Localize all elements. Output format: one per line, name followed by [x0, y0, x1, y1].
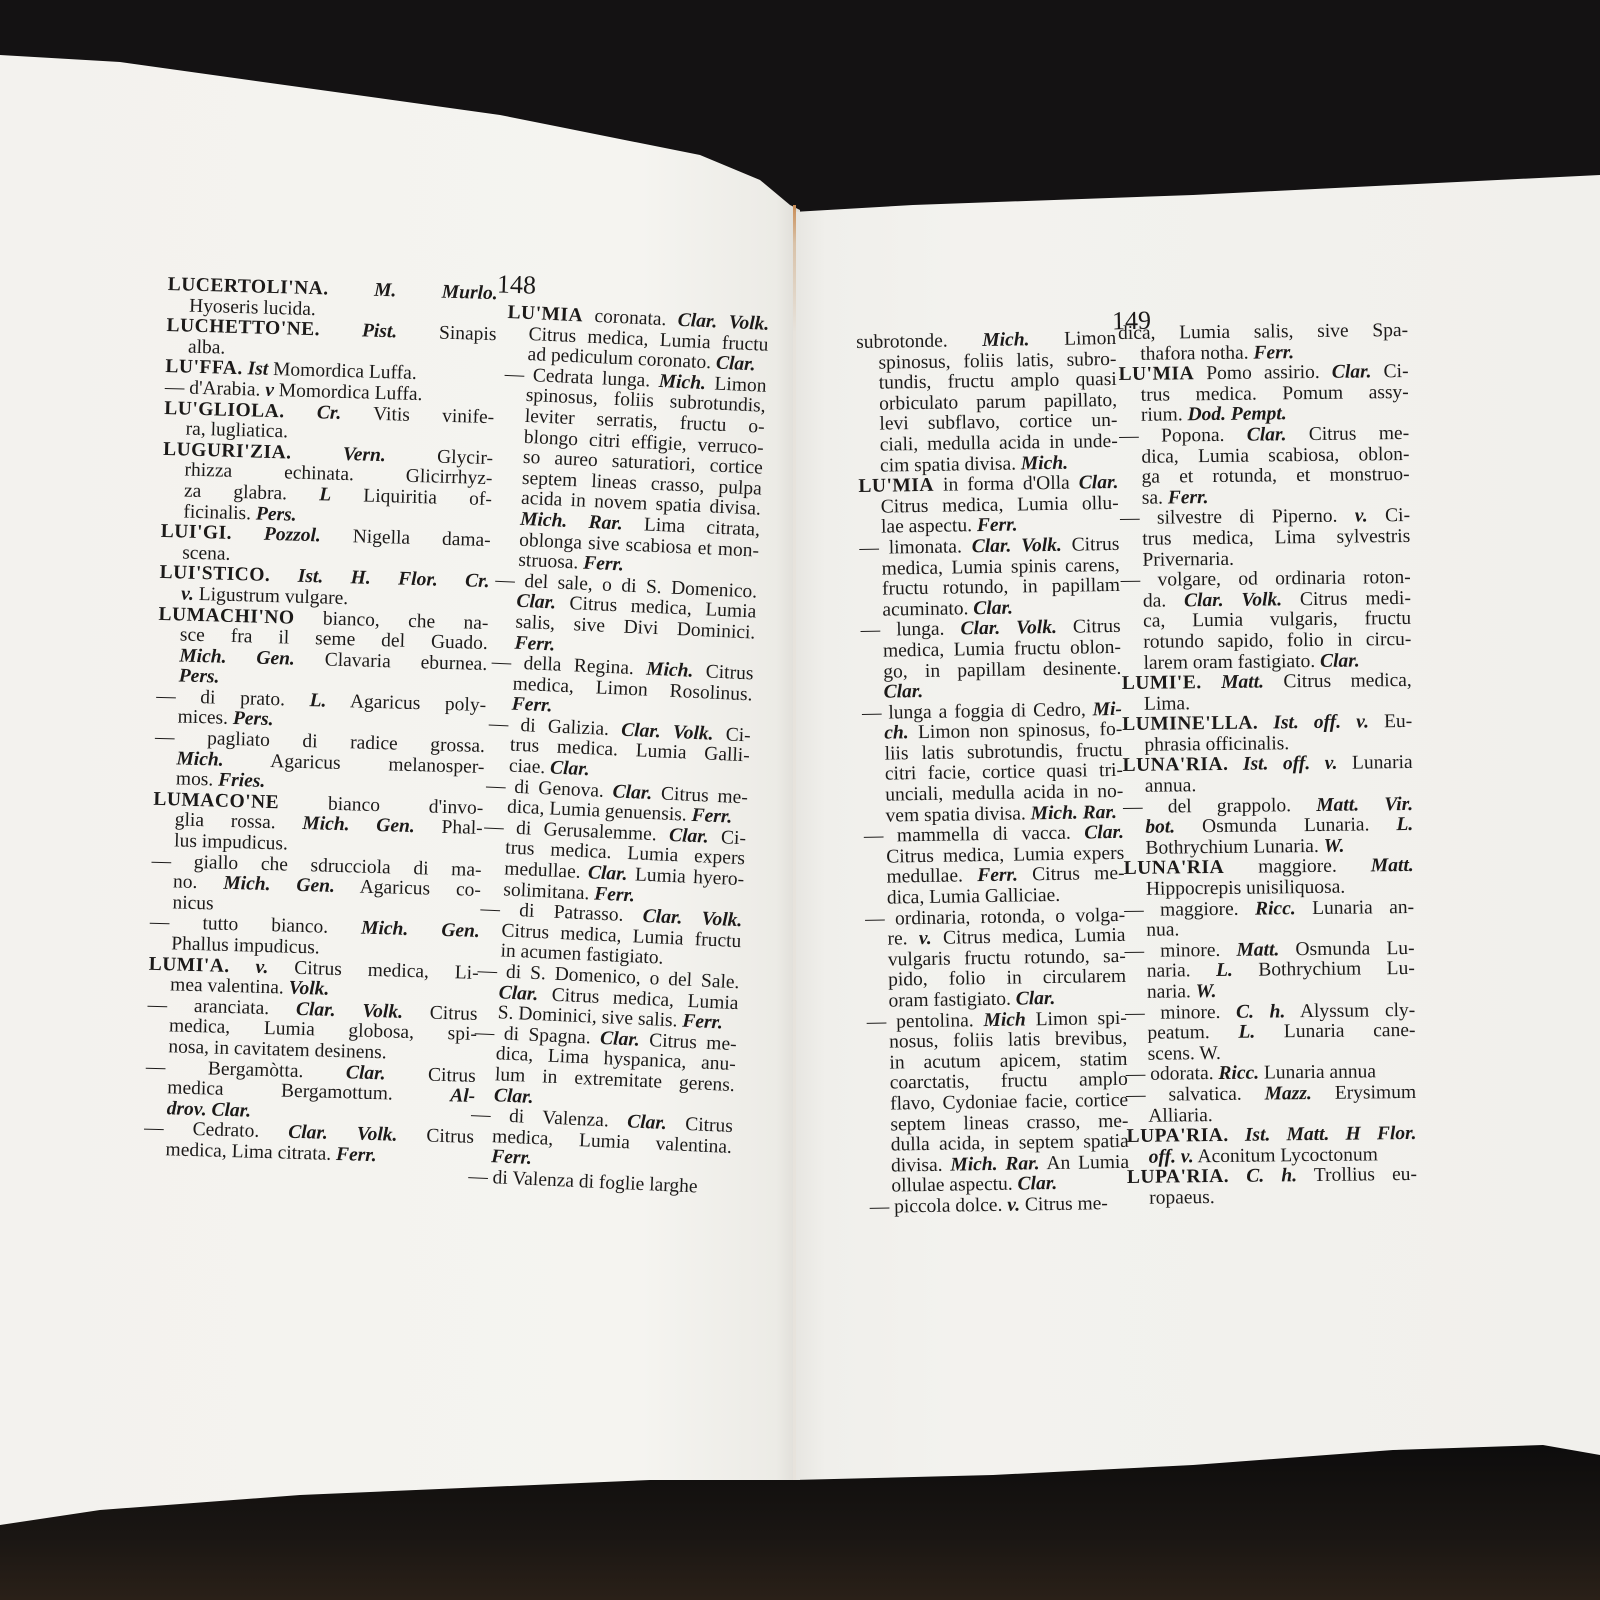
dictionary-entry: LUPA'RIA. Ist. Matt. H Flor.off. v. Acon…	[1126, 1124, 1416, 1168]
book-gutter	[793, 205, 796, 1480]
entry-continuation-line: trus medica. Pomum assy-	[1119, 383, 1409, 407]
dictionary-entry: — maggiore. Ricc. Lunaria an-nua.	[1124, 898, 1414, 942]
dictionary-entry: LUGURI'ZIA. Vern. Glycir-rhizza echinata…	[161, 440, 493, 532]
entry-first-line: LUMINE'LLA. Ist. off. v. Eu-	[1122, 712, 1412, 736]
dictionary-entry: — piccola dolce. v. Citrus me-	[870, 1194, 1130, 1219]
entry-continuation-line: naria. L. Bothrychium Lu-	[1125, 959, 1415, 983]
page-number-left: 148	[496, 269, 536, 300]
dictionary-entry: LUNA'RIA. Ist. off. v. Lunariaannua.	[1123, 753, 1413, 797]
dictionary-entry: — di Gerusalemme. Clar. Ci-trus medica. …	[481, 817, 746, 911]
dictionary-entry: LU'MIA in forma d'Olla Clar.Citrus medic…	[858, 473, 1119, 539]
dictionary-entry: — silvestre di Piperno. v. Ci-trus medic…	[1120, 506, 1411, 571]
dictionary-entry: — lunga. Clar. Volk. Citrusmedica, Lumia…	[861, 617, 1122, 703]
entry-continuation-line: ropaeus.	[1127, 1186, 1417, 1210]
dictionary-entry: — lunga a foggia di Cedro, Mi-ch. Limon …	[862, 700, 1124, 828]
dictionary-entry: — ordinaria, rotonda, o volga-re. v. Cit…	[865, 905, 1127, 1012]
dictionary-entry: — pagliato di radice grossa.Mich. Agaric…	[154, 728, 486, 799]
dictionary-entry: subrotonde. Mich. Limonspinosus, foliis …	[856, 329, 1118, 477]
entry-continuation-line: ciali, medulla acida in unde-	[858, 432, 1118, 457]
dictionary-entry: LUMACO'NE bianco d'invo-glia rossa. Mich…	[152, 790, 484, 861]
entry-first-line: LUNA'RIA maggiore. Matt.	[1124, 856, 1414, 880]
right-page-column-2: dica, Lumia salis, sive Spa-thafora noth…	[1118, 321, 1417, 1210]
dictionary-entry: — limonata. Clar. Volk. Citrusmedica, Lu…	[859, 535, 1120, 621]
dictionary-entry: — volgare, od ordinaria roton-da. Clar. …	[1121, 568, 1412, 674]
dictionary-entry: — giallo che sdrucciola di ma-no. Mich. …	[150, 851, 482, 922]
dictionary-entry: LUPA'RIA. C. h. Trollius eu-ropaeus.	[1127, 1165, 1417, 1209]
dictionary-entry: LU'MIA Pomo assirio. Clar. Ci-trus medic…	[1118, 362, 1409, 427]
entry-continuation-line: bot. Osmunda Lunaria. L.	[1123, 815, 1413, 839]
entry-continuation-line: go, in papillam desinente.	[861, 658, 1121, 683]
dictionary-entry: — minore. Matt. Osmunda Lu-naria. L. Bot…	[1124, 939, 1415, 1004]
right-page-column-1: subrotonde. Mich. Limonspinosus, foliis …	[856, 329, 1130, 1219]
left-page-column-2: LU'MIA coronata. Clar. Volk.Citrus medic…	[468, 303, 770, 1200]
entry-first-line: LUNA'RIA. Ist. off. v. Lunaria	[1123, 753, 1413, 777]
entry-continuation-line: peatum. L. Lunaria cane-	[1125, 1021, 1415, 1045]
dictionary-entry: LUMACHI'NO bianco, che na-sce fra il sem…	[156, 604, 488, 696]
entry-continuation-line: trus medica, Lima sylvestris	[1120, 527, 1410, 551]
dictionary-entry: — del grappolo. Matt. Vir.bot. Osmunda L…	[1123, 795, 1414, 860]
dictionary-entry: — pentolina. Mich Limon spi-nosus, folii…	[867, 1008, 1130, 1197]
entry-continuation-line: rotundo sapido, folio in circu-	[1121, 630, 1411, 654]
dictionary-entry: — salvatica. Mazz. ErysimumAlliaria.	[1126, 1083, 1416, 1127]
dictionary-entry: — Bergamòtta. Clar. Citrusmedica Bergamo…	[144, 1057, 476, 1128]
entry-first-line: LUPA'RIA. C. h. Trollius eu-	[1127, 1165, 1417, 1189]
dictionary-entry: LUNA'RIA maggiore. Matt.Hippocrepis unis…	[1124, 856, 1414, 900]
dictionary-entry: — aranciata. Clar. Volk. Citrusmedica, L…	[146, 996, 478, 1067]
entry-continuation-line: ga et rotunda, et monstruo-	[1120, 465, 1410, 489]
entry-first-line: — maggiore. Ricc. Lunaria an-	[1124, 898, 1414, 922]
entry-first-line: — piccola dolce. v. Citrus me-	[870, 1194, 1130, 1219]
dictionary-entry: LUMI'E. Matt. Citrus medica,Lima.	[1122, 671, 1412, 715]
dictionary-entry: — minore. C. h. Alyssum cly-peatum. L. L…	[1125, 1001, 1416, 1066]
dictionary-entry: — mammella di vacca. Clar.Citrus medica,…	[864, 823, 1125, 909]
dictionary-entry: dica, Lumia salis, sive Spa-thafora noth…	[1118, 321, 1408, 365]
dictionary-entry: — Popona. Clar. Citrus me-dica, Lumia sc…	[1119, 424, 1410, 509]
entry-first-line: dica, Lumia salis, sive Spa-	[1118, 321, 1408, 345]
entry-first-line: LUMI'E. Matt. Citrus medica,	[1122, 671, 1412, 695]
dictionary-entry: — Cedrata lunga. Mich. Limonspinosus, fo…	[496, 365, 767, 583]
entry-first-line: — salvatica. Mazz. Erysimum	[1126, 1083, 1416, 1107]
dictionary-entry: LUMINE'LLA. Ist. off. v. Eu-phrasia offi…	[1122, 712, 1412, 756]
dictionary-entry: — del sale, o di S. Domenico.Clar. Citru…	[492, 570, 757, 664]
dictionary-entry: — di Spagna. Clar. Citrus me-dica, Lima …	[472, 1023, 737, 1117]
left-page-column-1: LUCERTOLI'NA. M. Murlo.Hyoseris lucida.L…	[143, 275, 498, 1169]
